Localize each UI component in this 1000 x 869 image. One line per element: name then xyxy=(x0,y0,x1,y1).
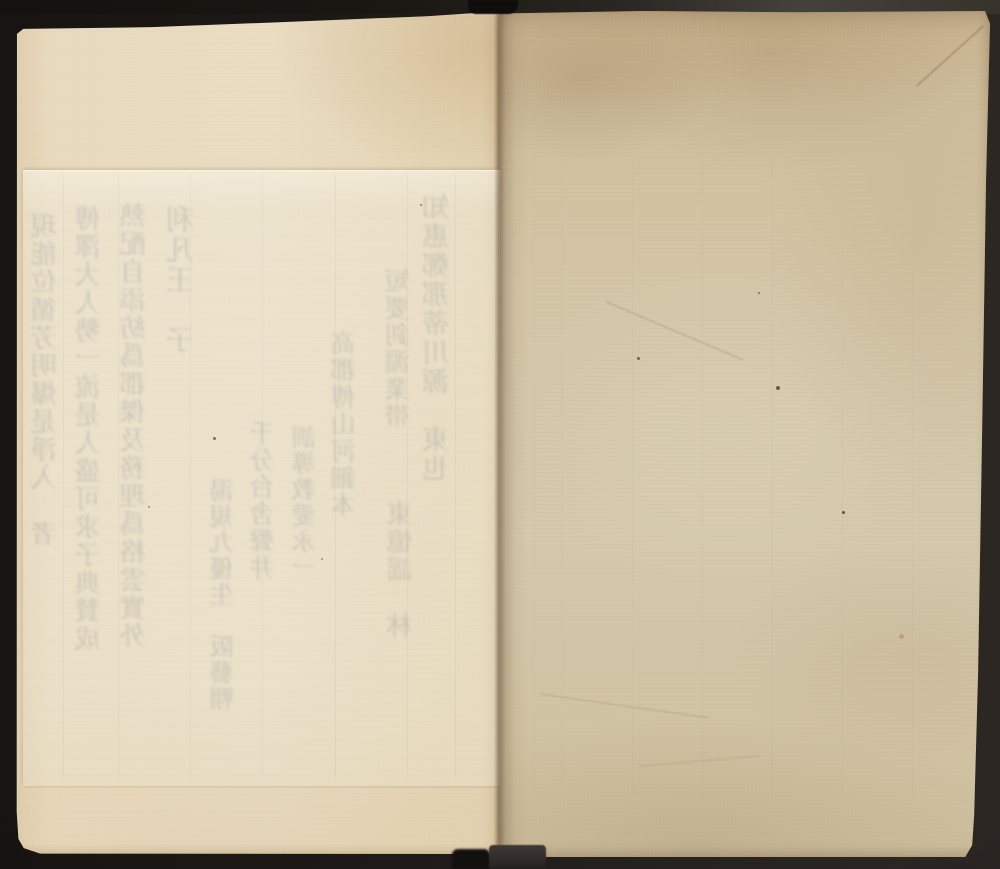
right-page-column-guide xyxy=(842,151,843,797)
right-page-column-guide xyxy=(702,151,703,797)
bleedthrough-text-column: 高郡傅山河鈿本 xyxy=(331,330,359,519)
right-page-column-guide xyxy=(533,151,534,797)
left-page-column-guide xyxy=(63,174,64,780)
bleedthrough-text-column: 千分台舎聲井 xyxy=(250,420,278,582)
bleedthrough-text-column: 短要釗淵業帯 xyxy=(385,268,413,430)
right-page-column-guide xyxy=(632,151,633,797)
right-page-paper-texture xyxy=(497,11,992,857)
bleedthrough-text-column: 傅澤大人勢一流是人盛可求子典賛成 xyxy=(76,205,105,653)
left-page-column-guide xyxy=(118,174,119,780)
bleedthrough-text-column: 知惠鄭那蒂川源 東也 xyxy=(424,193,454,483)
bleedthrough-text-column: 現能位循芳明爆是淨入 者 xyxy=(32,212,61,548)
left-page-column-guide xyxy=(407,174,408,780)
right-page-column-guide xyxy=(772,151,773,797)
right-page-column-guide xyxy=(912,151,913,797)
bleedthrough-text-column: 利凡王 子 xyxy=(167,205,198,355)
right-page-column-guide xyxy=(562,151,563,797)
bleedthrough-text-column: 東憶謡 林 xyxy=(388,500,417,640)
spine-gap-bottom-left xyxy=(452,849,490,869)
bleedthrough-text-column: 訓導教愛永一 xyxy=(293,425,319,581)
bleedthrough-text-column: 湯規九優生 阪藝翈 xyxy=(211,478,237,712)
left-page-column-guide xyxy=(455,174,456,780)
right-page xyxy=(497,11,992,857)
bleedthrough-text-layer: 知惠鄭那蒂川源 東也短要釗淵業帯東憶謡 林高郡傅山河鈿本訓導教愛永一千分台舎聲井… xyxy=(16,170,500,784)
spine-gap-top xyxy=(468,0,518,14)
spine-tongue xyxy=(489,845,546,869)
bleedthrough-text-column: 熱配自添紡爲郡傑及務理爲格雲實外 xyxy=(121,202,150,650)
book-scan-scene: 知惠鄭那蒂川源 東也短要釗淵業帯東憶謡 林高郡傅山河鈿本訓導教愛永一千分台舎聲井… xyxy=(0,0,1000,869)
